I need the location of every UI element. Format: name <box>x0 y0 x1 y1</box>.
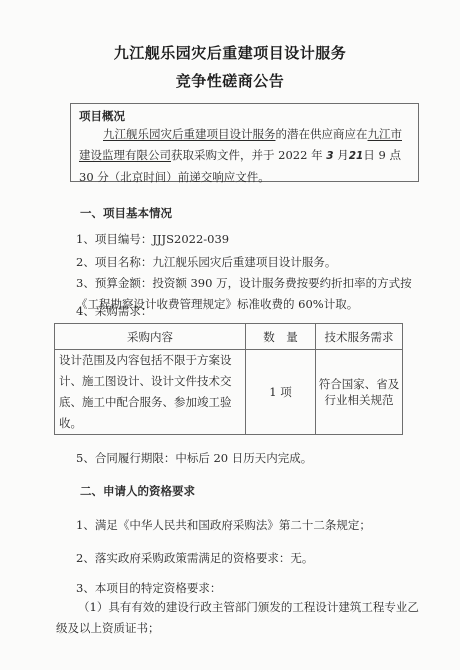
table-header-row: 采购内容 数 量 技术服务需求 <box>55 324 403 350</box>
qualification-2: 2、落实政府采购政策需满足的资格要求：无。 <box>76 550 313 566</box>
project-name-link: 九江舰乐园灾后重建项目设计服务 <box>103 127 276 141</box>
procurement-requirements-table: 采购内容 数 量 技术服务需求 设计范围及内容包括不限于方案设计、施工图设计、设… <box>54 323 403 435</box>
table-row: 设计范围及内容包括不限于方案设计、施工图设计、设计文件技术交底、施工中配合服务、… <box>55 350 403 435</box>
project-overview-box: 项目概况 九江舰乐园灾后重建项目设计服务的潜在供应商应在九江市建设监理有限公司获… <box>70 103 419 182</box>
procurement-needs-label: 4、采购需求： <box>76 303 152 319</box>
qualification-3: 3、本项目的特定资格要求： <box>76 580 221 596</box>
content-cell: 设计范围及内容包括不限于方案设计、施工图设计、设计文件技术交底、施工中配合服务、… <box>55 350 246 435</box>
handwritten-day: 21 <box>349 150 364 162</box>
contract-period: 5、合同履行期限：中标后 20 日历天内完成。 <box>76 450 312 466</box>
quantity-cell: 1 项 <box>246 350 316 435</box>
qualification-1: 1、满足《中华人民共和国政府采购法》第二十二条规定； <box>76 517 371 533</box>
project-number: 1、项目编号：JJJS2022-039 <box>76 231 229 247</box>
qualification-3-1: （1）具有有效的建设行政主管部门颁发的工程设计建筑工程专业乙级及以上资质证书； <box>56 597 426 639</box>
overview-paragraph: 九江舰乐园灾后重建项目设计服务的潜在供应商应在九江市建设监理有限公司获取采购文件… <box>79 124 413 188</box>
section2-heading: 二、申请人的资格要求 <box>80 483 195 499</box>
tech-requirement-cell: 符合国家、省及行业相关规范 <box>316 350 403 435</box>
overview-heading: 项目概况 <box>79 108 125 124</box>
section1-heading: 一、项目基本情况 <box>80 205 172 221</box>
document-title: 九江舰乐园灾后重建项目设计服务 <box>0 42 460 63</box>
document-subtitle: 竞争性磋商公告 <box>0 70 460 91</box>
column-header-content: 采购内容 <box>55 324 246 350</box>
column-header-tech-requirement: 技术服务需求 <box>316 324 403 350</box>
handwritten-month: 3 <box>326 150 333 162</box>
project-name: 2、项目名称：九江舰乐园灾后重建项目设计服务。 <box>76 254 336 270</box>
column-header-quantity: 数 量 <box>246 324 316 350</box>
